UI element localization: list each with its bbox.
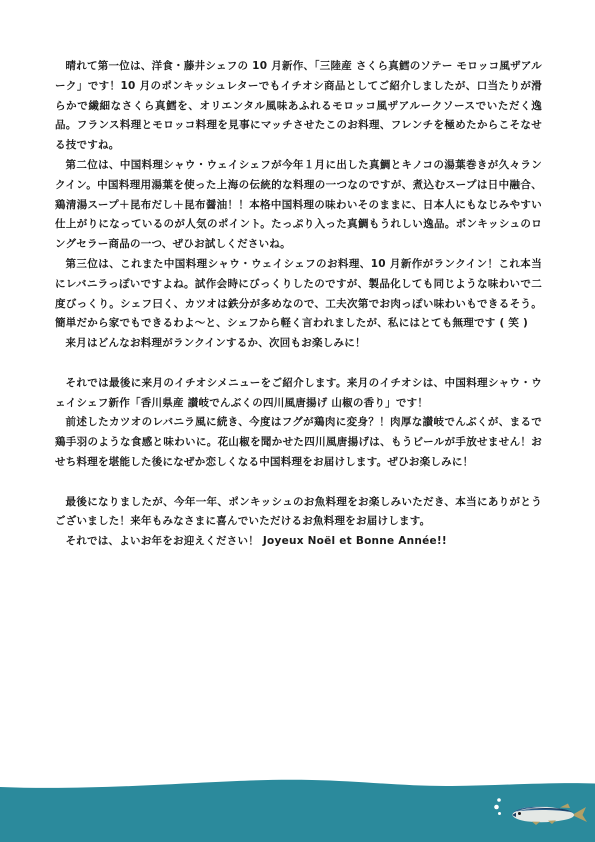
saury-fish-illustration	[488, 794, 592, 830]
paragraph-thanks: 最後になりましたが、今年一年、ポンキッシュのお魚料理をお楽しみいただき、本当にあ…	[55, 493, 542, 533]
paragraph-featured-menu: それでは最後に来月のイチオシメニューをご紹介します。来月のイチオシは、中国料理シ…	[55, 374, 542, 414]
newsletter-page: 晴れて第一位は、洋食・藤井シェフの 10 月新作、「三陸産 さくら真鱈のソテー …	[0, 0, 595, 842]
bubbles-icon	[494, 798, 501, 815]
paragraph-next-month-teaser: 来月はどんなお料理がランクインするか、次回もお楽しみに！	[55, 334, 542, 354]
paragraph-rank-3: 第三位は、これまた中国料理シャウ・ウェイシェフのお料理、10 月新作がランクイン…	[55, 255, 542, 334]
paragraph-closing-greeting: それでは、よいお年をお迎えください！ Joyeux Noël et Bonne …	[55, 532, 542, 552]
paragraph-rank-2: 第二位は、中国料理シャウ・ウェイシェフが今年１月に出した真鯛とキノコの湯葉巻きが…	[55, 156, 542, 255]
saury-fish-icon	[512, 804, 587, 826]
paragraph-featured-menu-detail: 前述したカツオのレバニラ風に続き、今度はフグが鶏肉に変身？！肉厚な讃岐でんぶくが…	[55, 413, 542, 472]
letter-body: 晴れて第一位は、洋食・藤井シェフの 10 月新作、「三陸産 さくら真鱈のソテー …	[55, 57, 542, 552]
paragraph-rank-1: 晴れて第一位は、洋食・藤井シェフの 10 月新作、「三陸産 さくら真鱈のソテー …	[55, 57, 542, 156]
